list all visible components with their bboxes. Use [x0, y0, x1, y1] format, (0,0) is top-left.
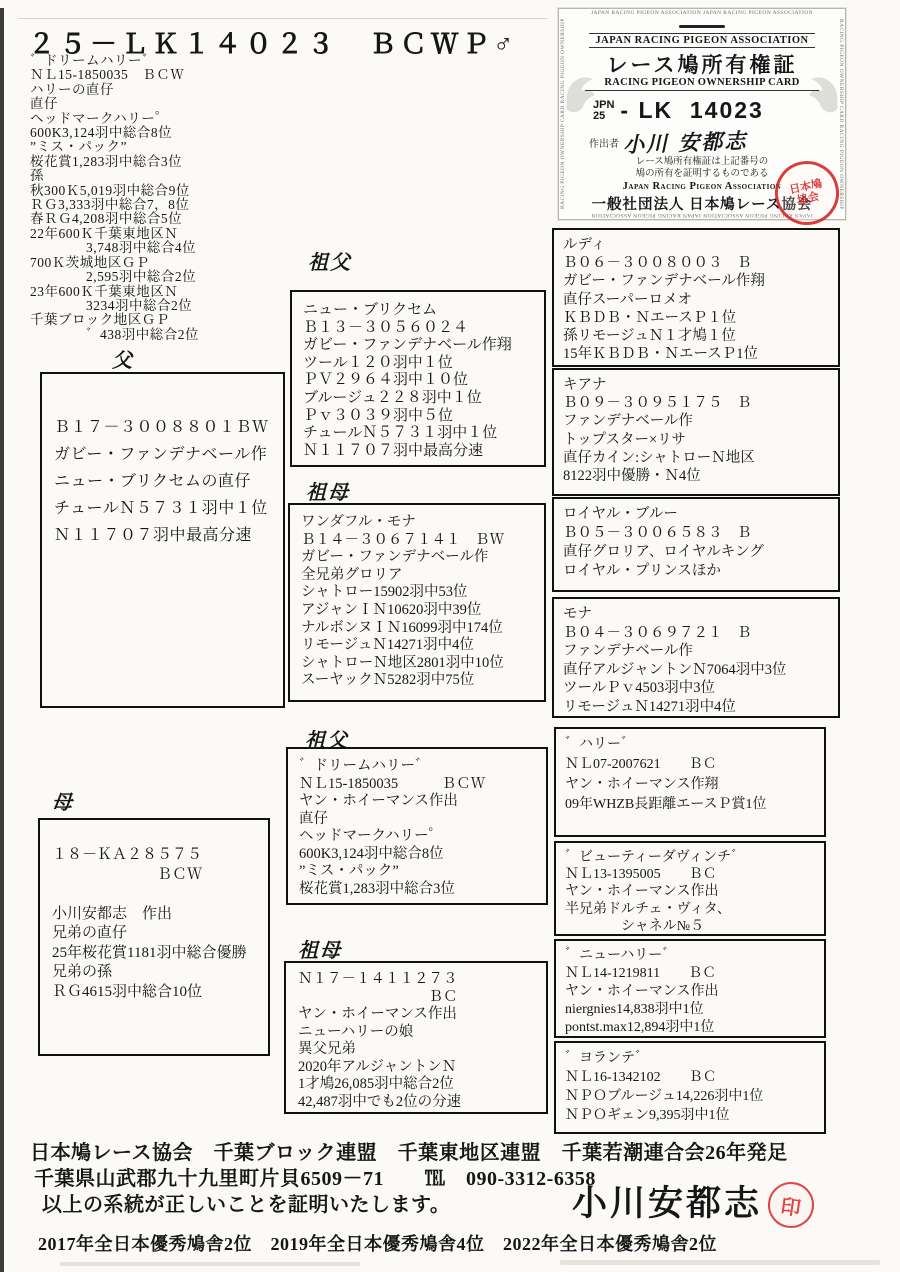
text-line: 8122羽中優勝・Ｎ4位 [563, 467, 829, 485]
text-line: ＲＧ4615羽中総合10位 [52, 983, 256, 1003]
text-line: ニュー・ブリクセムの直仔 [54, 468, 271, 495]
text-line: ヤン・ホイーマンス作出 [299, 793, 535, 811]
text-line: 異父兄弟 [298, 1041, 534, 1059]
bird-info-block: ゛ドリームハリー゛ＮＬ15-1850035 ＢＣＷハリーの直仔直仔ヘッドマークハ… [30, 54, 199, 342]
father-label: 父 [112, 344, 134, 373]
scan-smudge [560, 1260, 880, 1265]
text-line: キアナ [563, 376, 829, 394]
text-line: ゛ハリー゛ [565, 735, 815, 755]
text-line: 直仔グロリア、ロイヤルキング [563, 543, 829, 562]
text-line: ヤン・ホイーマンス作翔 [565, 775, 815, 795]
text-line: 兄弟の孫 [52, 963, 256, 983]
paternal-grandmother-box: ワンダフル・モナＢ１４－３０６７１４１ ＢＷガビー・ファンデナベール作全兄弟グロ… [288, 503, 546, 702]
text-line: 孫 [30, 169, 199, 183]
card-heading-en: JAPAN RACING PIGEON ASSOCIATION [589, 33, 815, 48]
text-line: 直仔アルジャントンＮ7064羽中3位 [563, 661, 829, 680]
ownership-card: JAPAN RACING PIGEON ASSOCIATION JAPAN RA… [558, 8, 846, 220]
kiana-box: キアナＢ０９－３０９５１７５ Ｂファンデナベール作トップスター×リサ直仔カイン:… [552, 368, 840, 496]
text-line: リモージュＮ14271羽中4位 [301, 637, 533, 655]
text-line: 全兄弟グロリア [301, 567, 533, 585]
text-line: ブルージュ２２８羽中１位 [303, 390, 533, 408]
text-line: ＮＰＯブルージュ14,226羽中1位 [565, 1087, 815, 1106]
text-line: ニュー・ブリクセム [303, 302, 533, 320]
text-line: ”ミス・パック” [299, 863, 535, 881]
text-line: １８－ＫＡ２８５７５ [52, 846, 256, 866]
footer-achievements-line: 2017年全日本優秀鳩舎2位 2019年全日本優秀鳩舎4位 2022年全日本優秀… [38, 1230, 717, 1256]
text-line: ヤン・ホイーマンス作出 [565, 983, 815, 1001]
text-line: トップスター×リサ [563, 431, 829, 449]
text-line: ヤン・ホイーマンス作出 [565, 883, 815, 900]
text-line: チュールＮ５７３１羽中１位 [54, 495, 271, 522]
text-line: 2020年アルジャントンＮ [298, 1059, 534, 1077]
text-line: ＮＬ14-1219811 ＢＣ [565, 965, 815, 983]
text-line: ガビー・ファンデナベール作 [54, 441, 271, 468]
text-line: Ｂ１３－３０５６０２４ [303, 320, 533, 338]
text-line: ゛ニューハリー゛ [565, 947, 815, 965]
scan-line-artifact [18, 18, 548, 19]
text-line: 600K3,124羽中総合8位 [30, 126, 199, 140]
card-year: 25 [593, 111, 614, 122]
footer-association-line: 日本鳩レース協会 千葉ブロック連盟 千葉東地区連盟 千葉若潮連合会26年発足 [30, 1136, 788, 1165]
text-line: ナルボンヌＩＮ16099羽中174位 [301, 620, 533, 638]
card-dash-ornament [679, 25, 725, 28]
text-line: 小川安都志 作出 [52, 905, 256, 925]
text-line: Ｂ０４－３０６９７２１ Ｂ [563, 624, 829, 643]
text-line: ゛ドリームハリー゛ [299, 758, 535, 776]
card-border-text-top: JAPAN RACING PIGEON ASSOCIATION JAPAN RA… [567, 10, 837, 16]
new-harry-box: ゛ニューハリー゛ＮＬ14-1219811 ＢＣヤン・ホイーマンス作出niergn… [554, 939, 826, 1038]
text-line: アジャンＩＮ10620羽中39位 [301, 602, 533, 620]
text-line: Ｂ１７－３００８８０１ＢＷ [54, 414, 271, 441]
text-line: 千葉ブロック地区ＧＰ [30, 313, 199, 327]
text-line: Ｎ１７－１４１１２７３ [298, 971, 534, 989]
text-line: ワンダフル・モナ [301, 514, 533, 532]
text-line: ガビー・ファンデナベール作翔 [303, 337, 533, 355]
text-line: ゛ビューティーダヴィンチ゛ [565, 849, 815, 866]
text-line: 孫リモージュＮ１才鳩１位 [563, 327, 829, 345]
text-line: 15年ＫＢＤＢ・ＮエースＰ1位 [563, 345, 829, 363]
text-line [52, 885, 256, 905]
text-line: 3,748羽中総合4位 [30, 241, 199, 255]
text-line: 直仔 [30, 97, 199, 111]
scan-edge-artifact [0, 8, 4, 1272]
card-subtitle-en: RACING PIGEON OWNERSHIP CARD [585, 77, 819, 91]
card-title-jp: レース鳩所有権証 [583, 49, 821, 79]
text-line: ＫＢＤＢ・ＮエースＰ１位 [563, 309, 829, 327]
text-line: niergnies14,838羽中1位 [565, 1001, 815, 1019]
text-line: Ｂ０５－３００６５８３ Ｂ [563, 524, 829, 543]
yolante-box: ゛ヨランテ゛ＮＬ16-1342102 ＢＣＮＰＯブルージュ14,226羽中1位Ｎ… [554, 1041, 826, 1134]
mother-box: １８－ＫＡ２８５７５ ＢＣＷ 小川安都志 作出兄弟の直仔25年桜花賞1181羽中… [38, 818, 270, 1056]
text-line: Ｂ０６－３００８００３ Ｂ [563, 254, 829, 272]
text-line: 23年600Ｋ千葉東地区Ｎ [30, 285, 199, 299]
certifier-seal-text: 印 [779, 1189, 803, 1221]
footer-address-line: 千葉県山武郡九十九里町片貝6509－71 ℡ 090-3312-6358 [34, 1162, 596, 1191]
paternal-grandfather-box: ニュー・ブリクセムＢ１３－３０５６０２４ガビー・ファンデナベール作翔ツール１２０… [290, 290, 546, 467]
mother-label: 母 [52, 786, 74, 815]
text-line: 42,487羽中でも2位の分速 [298, 1094, 534, 1112]
text-line: ＮＬ07-2007621 ＢＣ [565, 755, 815, 775]
text-line: 春ＲＧ4,208羽中総合5位 [30, 212, 199, 226]
certifier-signature: 小川安都志 [572, 1176, 762, 1226]
mona-box: モナＢ０４－３０６９７２１ Ｂファンデナベール作直仔アルジャントンＮ7064羽中… [552, 597, 840, 718]
text-line: ツールＰｖ4503羽中3位 [563, 679, 829, 698]
text-line: ガビー・ファンデナベール作 [301, 549, 533, 567]
text-line: 600K3,124羽中総合8位 [299, 846, 535, 864]
maternal-grandfather-box: ゛ドリームハリー゛ＮＬ15-1850035 ＢＣＷヤン・ホイーマンス作出直仔ヘッ… [286, 747, 548, 905]
father-box: Ｂ１７－３００８８０１ＢＷガビー・ファンデナベール作ニュー・ブリクセムの直仔チュ… [40, 372, 285, 708]
text-line: ヘッドマークハリー゜ [30, 112, 199, 126]
text-line: Ｎ１１７０７羽中最高分速 [303, 443, 533, 461]
text-line: ゛438羽中総合2位 [30, 328, 199, 342]
text-line: ツール１２０羽中１位 [303, 355, 533, 373]
paternal-grandfather-label: 祖父 [308, 246, 352, 275]
text-line: ＮＰＯギェン9,395羽中1位 [565, 1106, 815, 1125]
text-line: Ｐｖ３０３９羽中５位 [303, 408, 533, 426]
text-line: 秋300Ｋ5,019羽中総合9位 [30, 184, 199, 198]
pedigree-certificate-page: ２５－ＬＫ１４０２３ ＢＣＷＰ♂ ゛ドリームハリー゛ＮＬ15-1850035 Ｂ… [0, 0, 900, 1272]
text-line: ガビー・ファンデナベール作翔 [563, 272, 829, 290]
text-line: ヘッドマークハリー゜ [299, 828, 535, 846]
text-line: スーヤックＮ5282羽中75位 [301, 672, 533, 690]
breeder-signature: 小川 安都志 [623, 125, 748, 159]
text-line: pontst.max12,894羽中1位 [565, 1019, 815, 1037]
text-line: 半兄弟ドルチェ・ヴィタ、 [565, 901, 815, 918]
beauty-davinci-box: ゛ビューティーダヴィンチ゛ＮＬ13-1395005 ＢＣヤン・ホイーマンス作出半… [554, 841, 826, 936]
text-line: 直仔 [299, 811, 535, 829]
card-country-code: JPN [593, 100, 614, 111]
text-line: ファンデナベール作 [563, 642, 829, 661]
text-line: ロイヤル・プリンスほか [563, 562, 829, 581]
text-line: リモージュＮ14271羽中4位 [563, 698, 829, 717]
royal-blue-box: ロイヤル・ブルーＢ０５－３００６５８３ Ｂ直仔グロリア、ロイヤルキングロイヤル・… [552, 497, 840, 592]
text-line: 桜花賞1,283羽中総合3位 [30, 155, 199, 169]
maternal-grandmother-box: Ｎ１７－１４１１２７３ ＢＣヤン・ホイーマンス作出ニューハリーの娘異父兄弟202… [284, 961, 548, 1114]
text-line: Ｂ１４－３０６７１４１ ＢＷ [301, 532, 533, 550]
text-line: Ｎ１１７０７羽中最高分速 [54, 522, 271, 549]
text-line: 直仔スーパーロメオ [563, 291, 829, 309]
card-ring-number: JPN 25 - LK 14023 [593, 97, 764, 124]
text-line: 1才鳩26,085羽中総合2位 [298, 1076, 534, 1094]
text-line: ファンデナベール作 [563, 412, 829, 430]
text-line: シャネル№５ [565, 918, 815, 935]
breeder-label: 作出者 [589, 135, 619, 150]
card-ring-value: - LK 14023 [620, 97, 763, 124]
text-line: チュールＮ５７３１羽中１位 [303, 425, 533, 443]
text-line: 直仔カイン:シャトローＮ地区 [563, 449, 829, 467]
text-line: ロイヤル・ブルー [563, 505, 829, 524]
text-line: 兄弟の直仔 [52, 924, 256, 944]
text-line: ＮＬ16-1342102 ＢＣ [565, 1068, 815, 1087]
text-line: 25年桜花賞1181羽中総合優勝 [52, 944, 256, 964]
text-line: 700Ｋ茨城地区ＧＰ [30, 256, 199, 270]
paternal-grandmother-label: 祖母 [306, 476, 350, 505]
text-line: ＮＬ15-1850035 ＢＣＷ [30, 68, 199, 82]
text-line: ＢＣ [298, 989, 534, 1007]
text-line: シャトロー15902羽中53位 [301, 584, 533, 602]
text-line: ルディ [563, 236, 829, 254]
text-line: 2,595羽中総合2位 [30, 270, 199, 284]
text-line: ゛ドリームハリー゛ [30, 54, 199, 68]
text-line: ＰＶ２９６４羽中１０位 [303, 372, 533, 390]
text-line: 09年WHZB長距離エースＰ賞1位 [565, 795, 815, 815]
scan-smudge [60, 1262, 360, 1266]
footer-certification-line: 以上の系統が正しいことを証明いたします。 [42, 1188, 450, 1217]
maternal-grandmother-label: 祖母 [298, 934, 342, 963]
text-line: 桜花賞1,283羽中総合3位 [299, 881, 535, 899]
rudy-box: ルディＢ０６－３００８００３ Ｂガビー・ファンデナベール作翔直仔スーパーロメオＫ… [552, 228, 840, 367]
certifier-red-seal: 印 [765, 1179, 817, 1231]
text-line: ニューハリーの娘 [298, 1024, 534, 1042]
card-country-year: JPN 25 [593, 100, 614, 122]
text-line: ＮＬ15-1850035 ＢＣＷ [299, 776, 535, 794]
text-line: ゛ヨランテ゛ [565, 1049, 815, 1068]
text-line: シャトローＮ地区2801羽中10位 [301, 655, 533, 673]
text-line: ”ミス・パック” [30, 140, 199, 154]
text-line: Ｂ０９－３０９５１７５ Ｂ [563, 394, 829, 412]
harry-box: ゛ハリー゛ＮＬ07-2007621 ＢＣヤン・ホイーマンス作翔09年WHZB長距… [554, 727, 826, 837]
text-line: モナ [563, 605, 829, 624]
text-line: ヤン・ホイーマンス作出 [298, 1006, 534, 1024]
text-line: ＮＬ13-1395005 ＢＣ [565, 866, 815, 883]
text-line: ＢＣＷ [52, 866, 256, 886]
card-breeder-row: 作出者 小川 安都志 [589, 127, 747, 157]
